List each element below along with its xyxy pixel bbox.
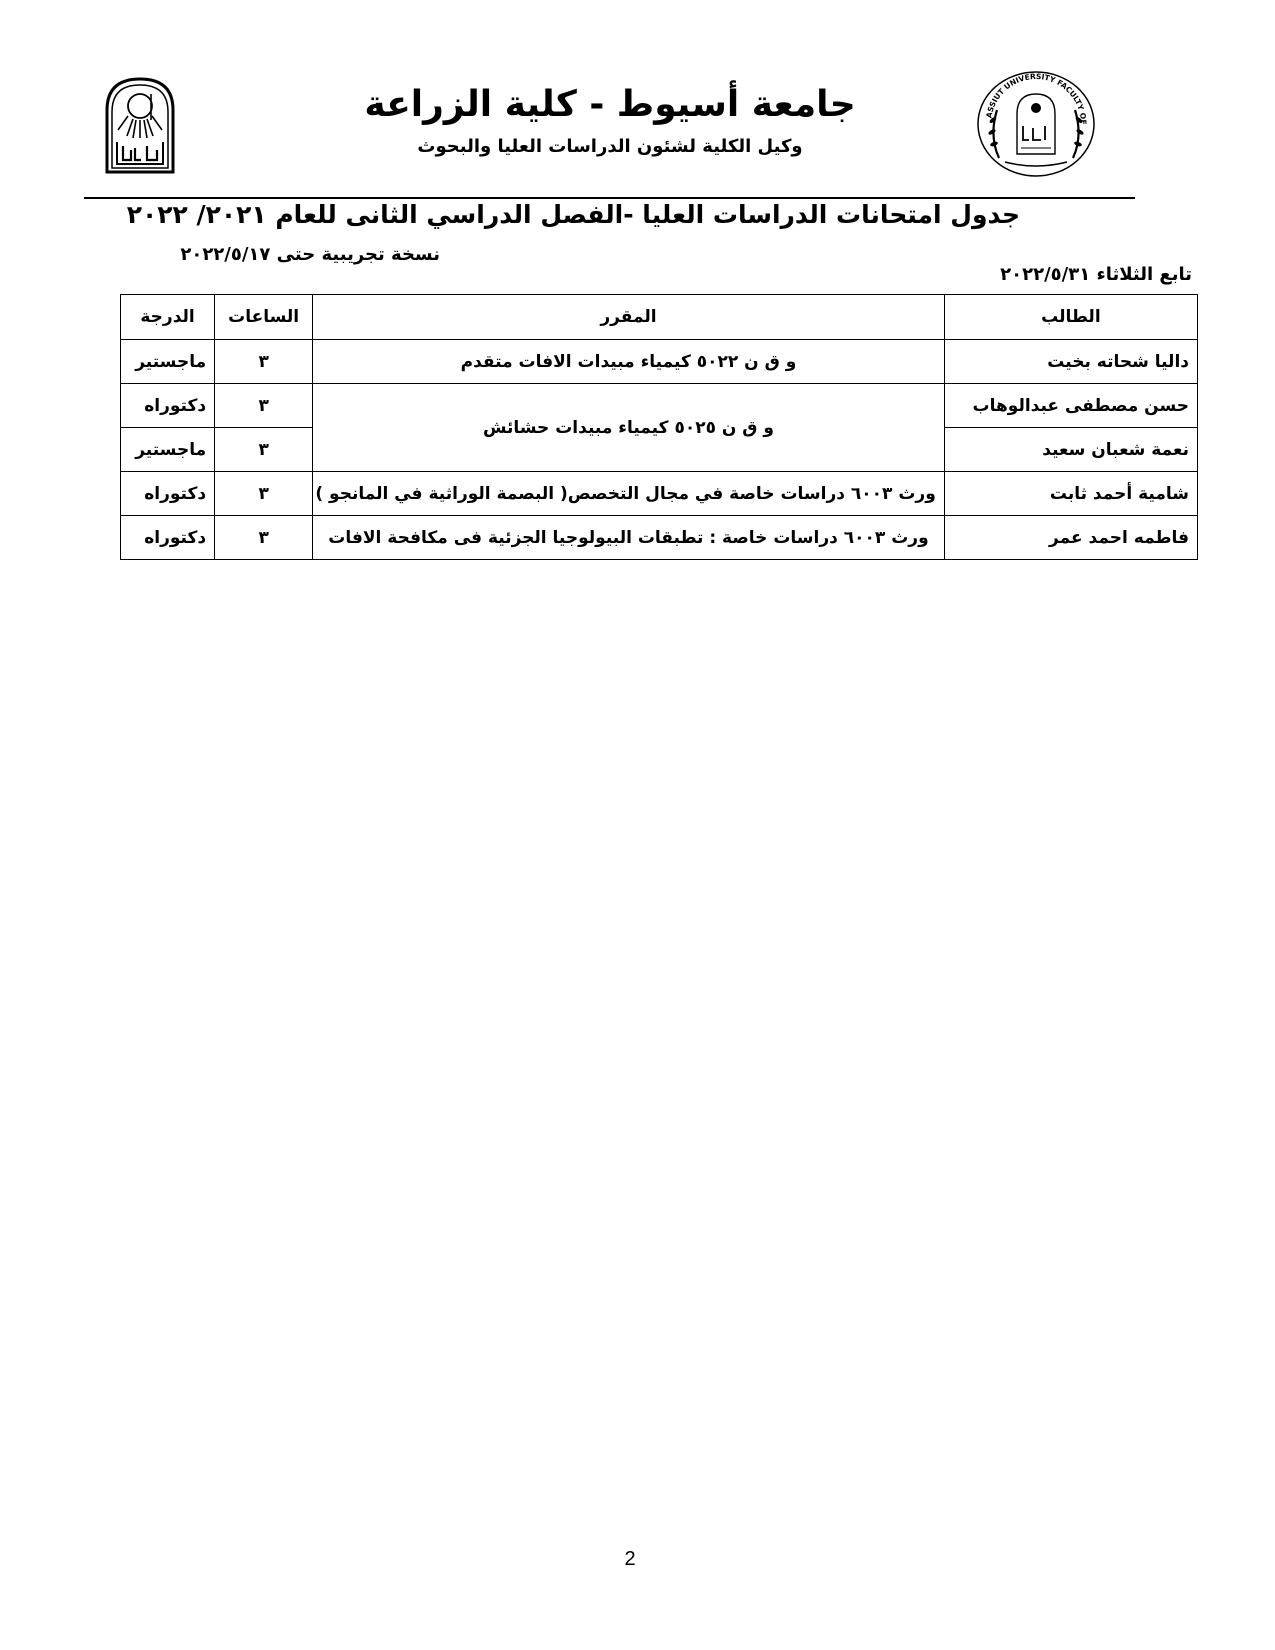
- exam-day-label: تابع الثلاثاء ٢٠٢٢/٥/٣١: [960, 264, 1192, 285]
- course-hours: ٣: [215, 428, 313, 472]
- trial-version-note: نسخة تجريبية حتى ٢٠٢٢/٥/١٧: [120, 244, 440, 265]
- course-hours: ٣: [215, 384, 313, 428]
- student-name: حسن مصطفى عبدالوهاب: [944, 384, 1197, 428]
- schedule-title: جدول امتحانات الدراسات العليا -الفصل الد…: [230, 200, 1020, 229]
- degree-level: دكتوراه: [121, 516, 215, 560]
- table-row: حسن مصطفى عبدالوهاب و ق ن ٥٠٢٥ كيمياء مب…: [121, 384, 1198, 428]
- university-emblem-icon: [103, 76, 177, 174]
- faculty-seal-icon: ASSIUT UNIVERSITY FACULTY OF AGRICULTURE: [975, 70, 1097, 178]
- student-name: شامية أحمد ثابت: [944, 472, 1197, 516]
- table-row: شامية أحمد ثابت ورث ٦٠٠٣ دراسات خاصة في …: [121, 472, 1198, 516]
- header-divider: [84, 197, 1135, 199]
- course-name: ورث ٦٠٠٣ دراسات خاصة : تطبقات البيولوجيا…: [313, 516, 945, 560]
- course-name: و ق ن ٥٠٢٢ كيمياء مبيدات الافات متقدم: [313, 340, 945, 384]
- table-row: داليا شحاته بخيت و ق ن ٥٠٢٢ كيمياء مبيدا…: [121, 340, 1198, 384]
- student-name: فاطمه احمد عمر: [944, 516, 1197, 560]
- student-name: نعمة شعبان سعيد: [944, 428, 1197, 472]
- office-subtitle: وكيل الكلية لشئون الدراسات العليا والبحو…: [360, 136, 860, 157]
- degree-level: دكتوراه: [121, 472, 215, 516]
- degree-level: دكتوراه: [121, 384, 215, 428]
- table-row: فاطمه احمد عمر ورث ٦٠٠٣ دراسات خاصة : تط…: [121, 516, 1198, 560]
- header-course: المقرر: [313, 295, 945, 340]
- faculty-seal: ASSIUT UNIVERSITY FACULTY OF AGRICULTURE: [975, 70, 1097, 178]
- course-name-merged: و ق ن ٥٠٢٥ كيمياء مبيدات حشائش: [313, 384, 945, 472]
- degree-level: ماجستير: [121, 428, 215, 472]
- student-name: داليا شحاته بخيت: [944, 340, 1197, 384]
- course-hours: ٣: [215, 472, 313, 516]
- header-student: الطالب: [944, 295, 1197, 340]
- header-degree: الدرجة: [121, 295, 215, 340]
- university-title: جامعة أسيوط - كلية الزراعة: [330, 84, 890, 125]
- degree-level: ماجستير: [121, 340, 215, 384]
- svg-text:ASSIUT UNIVERSITY FACULTY OF A: ASSIUT UNIVERSITY FACULTY OF AGRICULTURE: [975, 70, 1088, 125]
- table-header-row: الطالب المقرر الساعات الدرجة: [121, 295, 1198, 340]
- page-number: 2: [610, 1548, 650, 1571]
- header-hours: الساعات: [215, 295, 313, 340]
- exam-schedule-table: الطالب المقرر الساعات الدرجة داليا شحاته…: [120, 294, 1198, 560]
- course-name: ورث ٦٠٠٣ دراسات خاصة في مجال التخصص( الب…: [313, 472, 945, 516]
- course-hours: ٣: [215, 516, 313, 560]
- university-logo: [103, 76, 177, 174]
- course-hours: ٣: [215, 340, 313, 384]
